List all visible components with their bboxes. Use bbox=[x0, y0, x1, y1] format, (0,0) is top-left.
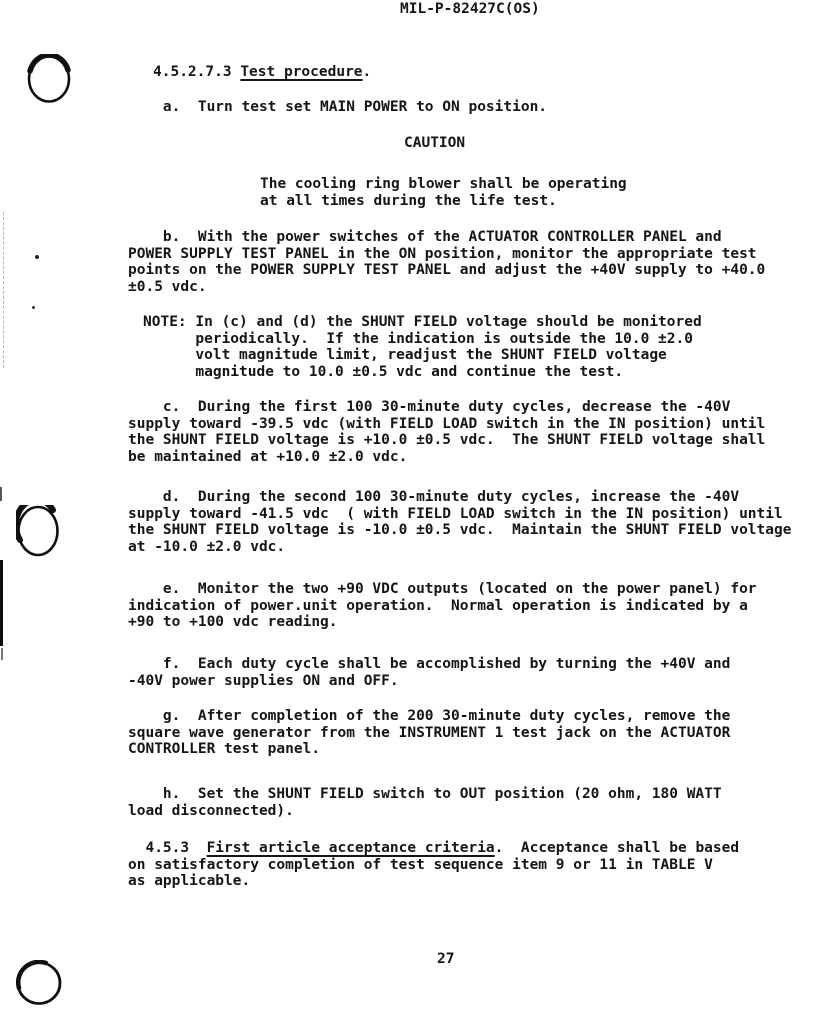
section-4-5-3-title: First article acceptance criteria bbox=[207, 840, 495, 856]
left-edge-mark bbox=[0, 487, 2, 501]
step-d: d. During the second 100 30-minute duty … bbox=[128, 489, 791, 556]
note-paragraph: NOTE: In (c) and (d) the SHUNT FIELD vol… bbox=[143, 314, 702, 381]
punch-hole-top-icon bbox=[26, 54, 72, 104]
step-e: e. Monitor the two +90 VDC outputs (loca… bbox=[128, 581, 757, 631]
left-edge-bar bbox=[0, 560, 3, 646]
document-number-header: MIL-P-82427C(OS) bbox=[400, 1, 540, 18]
step-g: g. After completion of the 200 30-minute… bbox=[128, 708, 730, 758]
section-4-5-3-number: 4.5.3 bbox=[128, 840, 207, 856]
left-edge-tick bbox=[1, 648, 3, 660]
punch-hole-middle-icon bbox=[16, 505, 61, 557]
section-4-5-3-body: on satisfactory completion of test seque… bbox=[128, 857, 713, 890]
caution-title: CAUTION bbox=[404, 135, 465, 152]
step-h: h. Set the SHUNT FIELD switch to OUT pos… bbox=[128, 786, 722, 819]
stray-dot bbox=[35, 255, 39, 259]
section-title-period: . bbox=[363, 64, 372, 80]
caution-body: The cooling ring blower shall be operati… bbox=[260, 176, 627, 209]
section-heading-test-procedure: 4.5.2.7.3 Test procedure. bbox=[153, 64, 371, 81]
step-f: f. Each duty cycle shall be accomplished… bbox=[128, 656, 730, 689]
section-title: Test procedure bbox=[240, 64, 362, 80]
step-c: c. During the first 100 30-minute duty c… bbox=[128, 399, 765, 466]
section-4-5-3-paragraph: 4.5.3 First article acceptance criteria.… bbox=[128, 840, 739, 890]
section-4-5-3-lead: . Acceptance shall be based bbox=[495, 840, 739, 856]
left-margin-dashed-line bbox=[3, 212, 4, 368]
step-a: a. Turn test set MAIN POWER to ON positi… bbox=[128, 99, 547, 116]
page-number: 27 bbox=[437, 951, 454, 968]
step-b: b. With the power switches of the ACTUAT… bbox=[128, 229, 765, 296]
punch-hole-bottom-icon bbox=[16, 960, 63, 1006]
section-number: 4.5.2.7.3 bbox=[153, 64, 240, 80]
document-page: MIL-P-82427C(OS) 4.5.2.7.3 Test procedur… bbox=[0, 0, 824, 1011]
stray-dot bbox=[32, 306, 35, 309]
